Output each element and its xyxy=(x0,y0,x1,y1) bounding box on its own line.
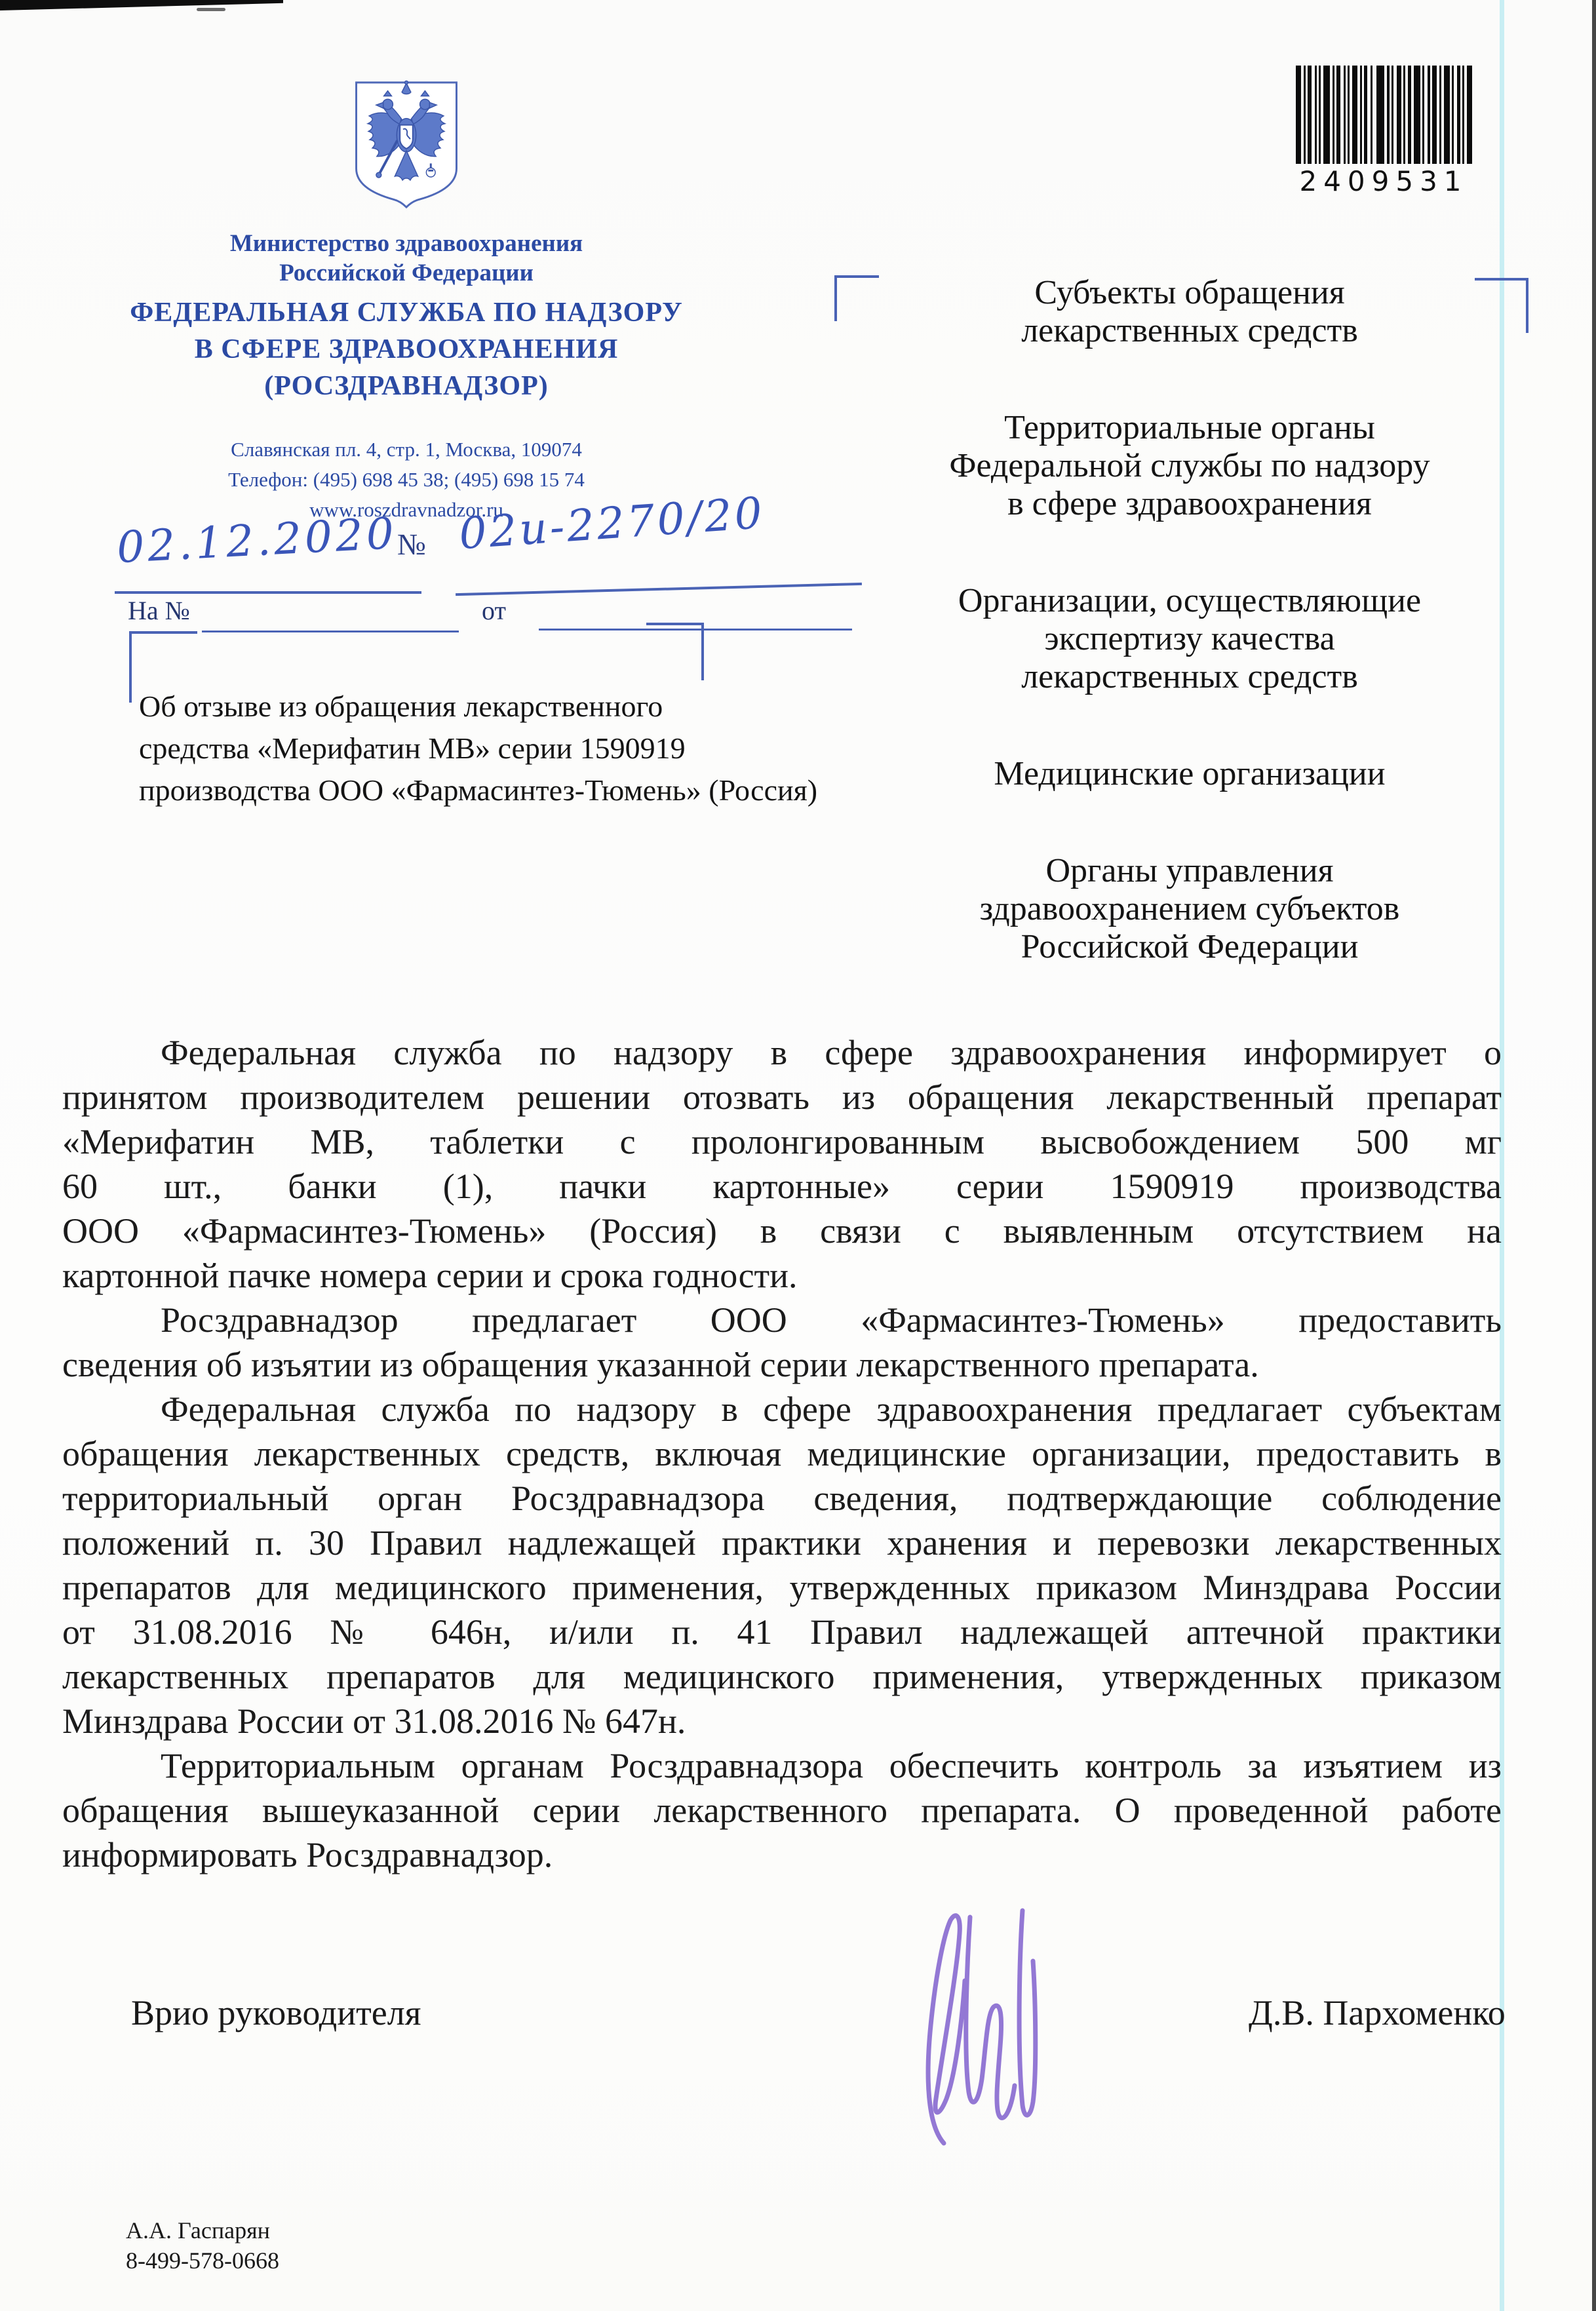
body-line: «Мерифатин МВ, таблетки с пролонгированн… xyxy=(62,1119,1502,1164)
date-underline xyxy=(115,591,421,594)
body-line: Федеральная служба по надзору в сфере зд… xyxy=(62,1387,1502,1431)
paragraph: Федеральная служба по надзору в сфере зд… xyxy=(62,1030,1502,1298)
barcode-bar xyxy=(1439,66,1441,164)
phone-numbers: Телефон: (495) 698 45 38; (495) 698 15 7… xyxy=(59,465,754,495)
barcode-bars xyxy=(1278,66,1489,164)
barcode-bar xyxy=(1364,66,1367,164)
barcode-bar xyxy=(1414,66,1420,164)
service-line-2: В СФЕРЕ ЗДРАВООХРАНЕНИЯ xyxy=(59,331,754,368)
ministry-line-1: Министерство здравоохранения xyxy=(59,229,754,258)
barcode-bar xyxy=(1296,66,1301,164)
recipient: Организации, осуществляющиеэкспертизу ка… xyxy=(842,582,1537,696)
executor-name: А.А. Гаспарян xyxy=(126,2215,279,2245)
barcode-bar xyxy=(1360,66,1362,164)
recipient-line: Субъекты обращения xyxy=(842,274,1537,312)
recipient: Территориальные органыФедеральной службы… xyxy=(842,409,1537,523)
reply-number-blank-line xyxy=(202,631,459,632)
recipient-line: Территориальные органы xyxy=(842,409,1537,447)
executor-contact: А.А. Гаспарян 8-499-578-0668 xyxy=(126,2215,279,2276)
barcode-bar xyxy=(1352,66,1357,164)
body-line: информировать Росздравнадзор. xyxy=(62,1833,1502,1877)
ministry-name: Министерство здравоохранения Российской … xyxy=(59,229,754,288)
barcode-bar xyxy=(1344,66,1346,164)
barcode-bar xyxy=(1348,66,1350,164)
scan-artifact-dash xyxy=(197,8,225,11)
recipient-line: здравоохранением субъектов xyxy=(842,890,1537,928)
recipient-line: Организации, осуществляющие xyxy=(842,582,1537,620)
scanned-letter-page: Министерство здравоохранения Российской … xyxy=(0,0,1596,2311)
barcode-bar xyxy=(1403,66,1405,164)
paragraph: Росздравнадзор предлагает ООО «Фармасинт… xyxy=(62,1298,1502,1387)
barcode-bar xyxy=(1336,66,1340,164)
barcode-bar xyxy=(1387,66,1390,164)
recipient-line: Медицинские организации xyxy=(842,755,1537,793)
barcode-number: 2409531 xyxy=(1278,165,1489,197)
body-line: препаратов для медицинского применения, … xyxy=(62,1565,1502,1610)
number-sign: № xyxy=(397,527,426,562)
body-line: сведения об изъятии из обращения указанн… xyxy=(62,1342,1502,1387)
body-line: принятом производителем решении отозвать… xyxy=(62,1075,1502,1119)
service-line-1: ФЕДЕРАЛЬНАЯ СЛУЖБА ПО НАДЗОРУ xyxy=(59,294,754,331)
reply-from-label: от xyxy=(482,595,506,626)
recipient-line: лекарственных средств xyxy=(842,658,1537,696)
subject-line: Об отзыве из обращения лекарственного xyxy=(139,686,939,728)
body-line: обращения лекарственных средств, включая… xyxy=(62,1431,1502,1476)
barcode-bar xyxy=(1371,66,1372,164)
barcode-bar xyxy=(1323,66,1330,164)
paragraph: Территориальным органам Росздравнадзора … xyxy=(62,1743,1502,1877)
signature-scribble xyxy=(865,1881,1088,2163)
recipients-list: Субъекты обращениялекарственных средствТ… xyxy=(842,274,1537,1025)
recipient-line: лекарственных средств xyxy=(842,312,1537,350)
recipient-line: Федеральной службы по надзору xyxy=(842,447,1537,485)
paragraph: Федеральная служба по надзору в сфере зд… xyxy=(62,1387,1502,1743)
postal-address: Славянская пл. 4, стр. 1, Москва, 109074 xyxy=(59,435,754,465)
body-line: Росздравнадзор предлагает ООО «Фармасинт… xyxy=(62,1298,1502,1342)
recipient-line: Органы управления xyxy=(842,852,1537,890)
barcode-bar xyxy=(1319,66,1321,164)
corner-mark-subject-right xyxy=(646,623,704,680)
recipient-line: в сфере здравоохранения xyxy=(842,485,1537,523)
barcode-bar xyxy=(1422,66,1424,164)
recipient: Органы управленияздравоохранением субъек… xyxy=(842,852,1537,966)
subject-text: Об отзыве из обращения лекарственногосре… xyxy=(139,686,939,811)
body-line: обращения вышеуказанной серии лекарствен… xyxy=(62,1788,1502,1833)
scan-artifact-top-edge xyxy=(0,0,283,10)
executor-phone: 8-499-578-0668 xyxy=(126,2245,279,2276)
recipient: Субъекты обращениялекарственных средств xyxy=(842,274,1537,350)
letterhead: Министерство здравоохранения Российской … xyxy=(59,33,754,525)
barcode-bar xyxy=(1452,66,1454,164)
body-line: положений п. 30 Правил надлежащей практи… xyxy=(62,1521,1502,1565)
body-line: от 31.08.2016 № 646н, и/или п. 41 Правил… xyxy=(62,1610,1502,1654)
barcode-bar xyxy=(1397,66,1401,164)
barcode-bar xyxy=(1376,66,1384,164)
body-line: Федеральная служба по надзору в сфере зд… xyxy=(62,1030,1502,1075)
body-line: территориальный орган Росздравнадзора св… xyxy=(62,1476,1502,1521)
body-text: Федеральная служба по надзору в сфере зд… xyxy=(62,1030,1502,1877)
service-name: ФЕДЕРАЛЬНАЯ СЛУЖБА ПО НАДЗОРУ В СФЕРЕ ЗД… xyxy=(59,294,754,404)
barcode-bar xyxy=(1467,66,1472,164)
signer-name: Д.В. Пархоменко xyxy=(1249,1992,1506,2033)
body-line: лекарственных препаратов для медицинског… xyxy=(62,1654,1502,1699)
barcode-bar xyxy=(1462,66,1464,164)
body-line: картонной пачке номера серии и срока год… xyxy=(62,1253,1502,1298)
number-underline xyxy=(456,583,862,596)
barcode-bar xyxy=(1408,66,1411,164)
service-line-3: (РОСЗДРАВНАДЗОР) xyxy=(59,368,754,404)
barcode-bar xyxy=(1457,66,1460,164)
body-line: Минздрава России от 31.08.2016 № 647н. xyxy=(62,1699,1502,1743)
scan-artifact-right-edge xyxy=(1592,0,1596,2311)
barcode-bar xyxy=(1392,66,1393,164)
body-line: 60 шт., банки (1), пачки картонные» сери… xyxy=(62,1164,1502,1209)
barcode-bar xyxy=(1308,66,1312,164)
recipient-line: Российской Федерации xyxy=(842,928,1537,966)
subject-line: производства ООО «Фармасинтез-Тюмень» (Р… xyxy=(139,769,939,811)
recipient: Медицинские организации xyxy=(842,755,1537,793)
subject-line: средства «Мерифатин МВ» серии 1590919 xyxy=(139,728,939,769)
barcode-bar xyxy=(1333,66,1334,164)
barcode-bar xyxy=(1315,66,1317,164)
barcode-bar xyxy=(1444,66,1450,164)
body-line: ООО «Фармасинтез-Тюмень» (Россия) в связ… xyxy=(62,1209,1502,1253)
registration-barcode: 2409531 xyxy=(1278,66,1489,197)
barcode-bar xyxy=(1428,66,1430,164)
body-line: Территориальным органам Росздравнадзора … xyxy=(62,1743,1502,1788)
coat-of-arms-icon xyxy=(351,79,461,210)
reply-to-label: На № xyxy=(128,595,190,626)
barcode-bar xyxy=(1432,66,1437,164)
barcode-bar xyxy=(1304,66,1306,164)
recipient-line: экспертизу качества xyxy=(842,620,1537,658)
signer-title: Врио руководителя xyxy=(131,1992,421,2033)
ministry-line-2: Российской Федерации xyxy=(59,258,754,288)
